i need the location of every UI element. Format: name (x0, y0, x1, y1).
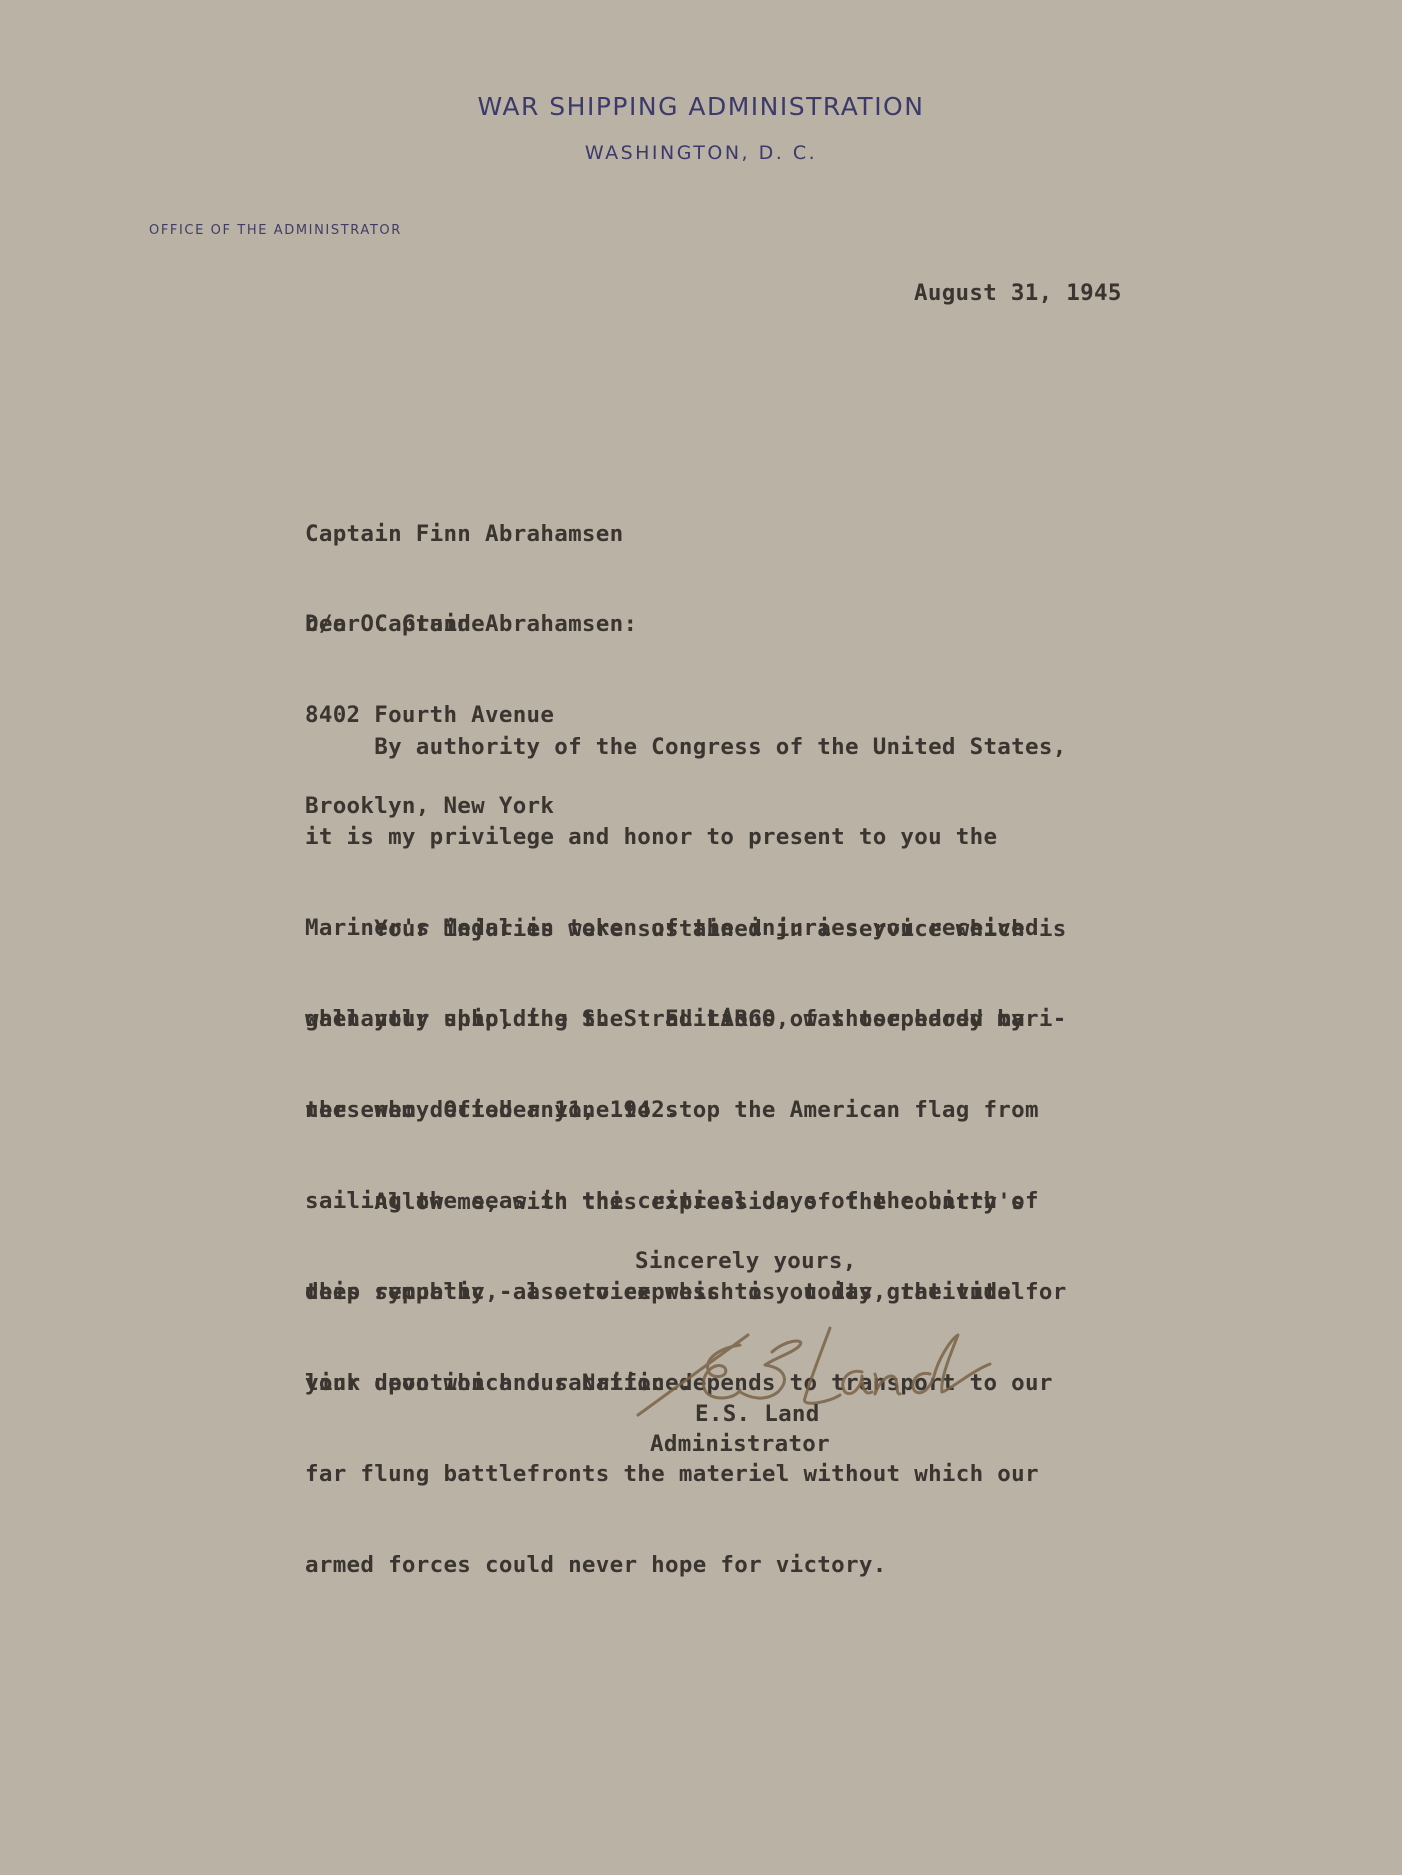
body-line: By authority of the Congress of the Unit… (305, 732, 1067, 762)
letterhead-office: OFFICE OF THE ADMINISTRATOR (149, 223, 402, 238)
letter-date: August 31, 1945 (914, 278, 1122, 308)
signer-title: Administrator (650, 1429, 830, 1459)
closing: Sincerely yours, (635, 1246, 857, 1276)
letterhead-location: WASHINGTON, D. C. (0, 142, 1402, 164)
recipient-line: Captain Finn Abrahamsen (305, 519, 623, 549)
body-line: armed forces could never hope for victor… (305, 1550, 1067, 1580)
body-line: Your injuries were sustained in a servic… (305, 914, 1067, 944)
letterhead-organization: WAR SHIPPING ADMINISTRATION (0, 92, 1402, 121)
body-line: gallantly upholding the traditions of th… (305, 1004, 1067, 1034)
body-line: it is my privilege and honor to present … (305, 822, 1067, 852)
body-line: far flung battlefronts the materiel with… (305, 1459, 1067, 1489)
signer-name: E.S. Land (695, 1399, 820, 1429)
salutation: Dear Captain Abrahamsen: (305, 609, 637, 639)
body-line: ners who defied anyone to stop the Ameri… (305, 1095, 1067, 1125)
body-line: Allow me, with this expression of the co… (305, 1187, 1067, 1217)
body-line: deep sympathy, also to express to you it… (305, 1277, 1067, 1307)
